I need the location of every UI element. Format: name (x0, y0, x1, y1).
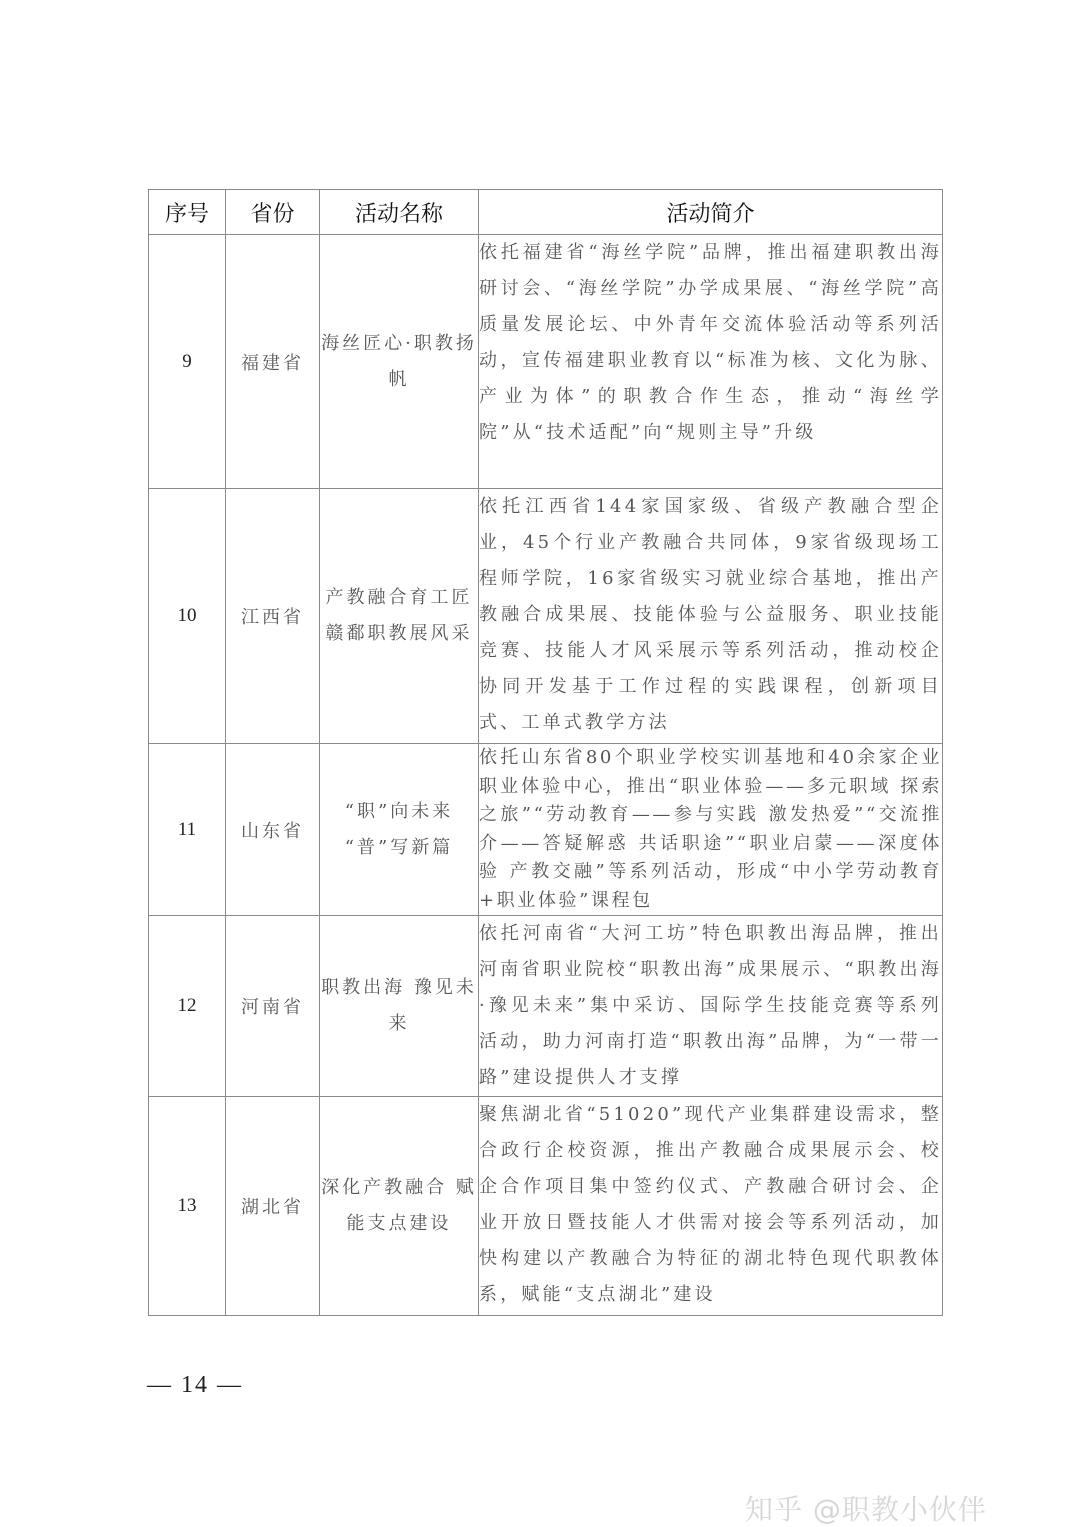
row-no: 11 (149, 744, 226, 916)
row-province: 湖北省 (226, 1097, 320, 1316)
header-activity-name: 活动名称 (320, 190, 479, 235)
table-row: 10 江西省 产教融合育工匠 赣鄱职教展风采 依托江西省144家国家级、省级产教… (149, 489, 943, 744)
row-activity-name: 深化产教融合 赋能支点建设 (320, 1097, 479, 1316)
table-row: 12 河南省 职教出海 豫见未来 依托河南省“大河工坊”特色职教出海品牌，推出河… (149, 916, 943, 1097)
row-activity-name: 海丝匠心·职教扬帆 (320, 235, 479, 489)
header-province: 省份 (226, 190, 320, 235)
row-activity-name: “职”向未来 “普”写新篇 (320, 744, 479, 916)
header-no: 序号 (149, 190, 226, 235)
row-no: 9 (149, 235, 226, 489)
row-province: 江西省 (226, 489, 320, 744)
row-province: 山东省 (226, 744, 320, 916)
row-activity-desc: 依托福建省“海丝学院”品牌，推出福建职教出海研讨会、“海丝学院”办学成果展、“海… (479, 235, 943, 489)
row-no: 12 (149, 916, 226, 1097)
activity-table: 序号 省份 活动名称 活动简介 9 福建省 海丝匠心·职教扬帆 依托福建省“海丝… (148, 189, 943, 1316)
header-activity-desc: 活动简介 (479, 190, 943, 235)
row-activity-desc: 聚焦湖北省“51020”现代产业集群建设需求，整合政行企校资源，推出产教融合成果… (479, 1097, 943, 1316)
row-province: 福建省 (226, 235, 320, 489)
row-no: 13 (149, 1097, 226, 1316)
row-activity-desc: 依托河南省“大河工坊”特色职教出海品牌，推出河南省职业院校“职教出海”成果展示、… (479, 916, 943, 1097)
table-row: 13 湖北省 深化产教融合 赋能支点建设 聚焦湖北省“51020”现代产业集群建… (149, 1097, 943, 1316)
row-activity-name: 职教出海 豫见未来 (320, 916, 479, 1097)
watermark: 知乎 @职教小伙伴 (745, 1488, 987, 1527)
table-row: 11 山东省 “职”向未来 “普”写新篇 依托山东省80个职业学校实训基地和40… (149, 744, 943, 916)
row-province: 河南省 (226, 916, 320, 1097)
table-row: 9 福建省 海丝匠心·职教扬帆 依托福建省“海丝学院”品牌，推出福建职教出海研讨… (149, 235, 943, 489)
row-activity-desc: 依托江西省144家国家级、省级产教融合型企业，45个行业产教融合共同体，9家省级… (479, 489, 943, 744)
table-header-row: 序号 省份 活动名称 活动简介 (149, 190, 943, 235)
row-activity-desc: 依托山东省80个职业学校实训基地和40余家企业职业体验中心，推出“职业体验——多… (479, 744, 943, 916)
row-no: 10 (149, 489, 226, 744)
row-activity-name: 产教融合育工匠 赣鄱职教展风采 (320, 489, 479, 744)
page-number: — 14 — (147, 1372, 243, 1399)
